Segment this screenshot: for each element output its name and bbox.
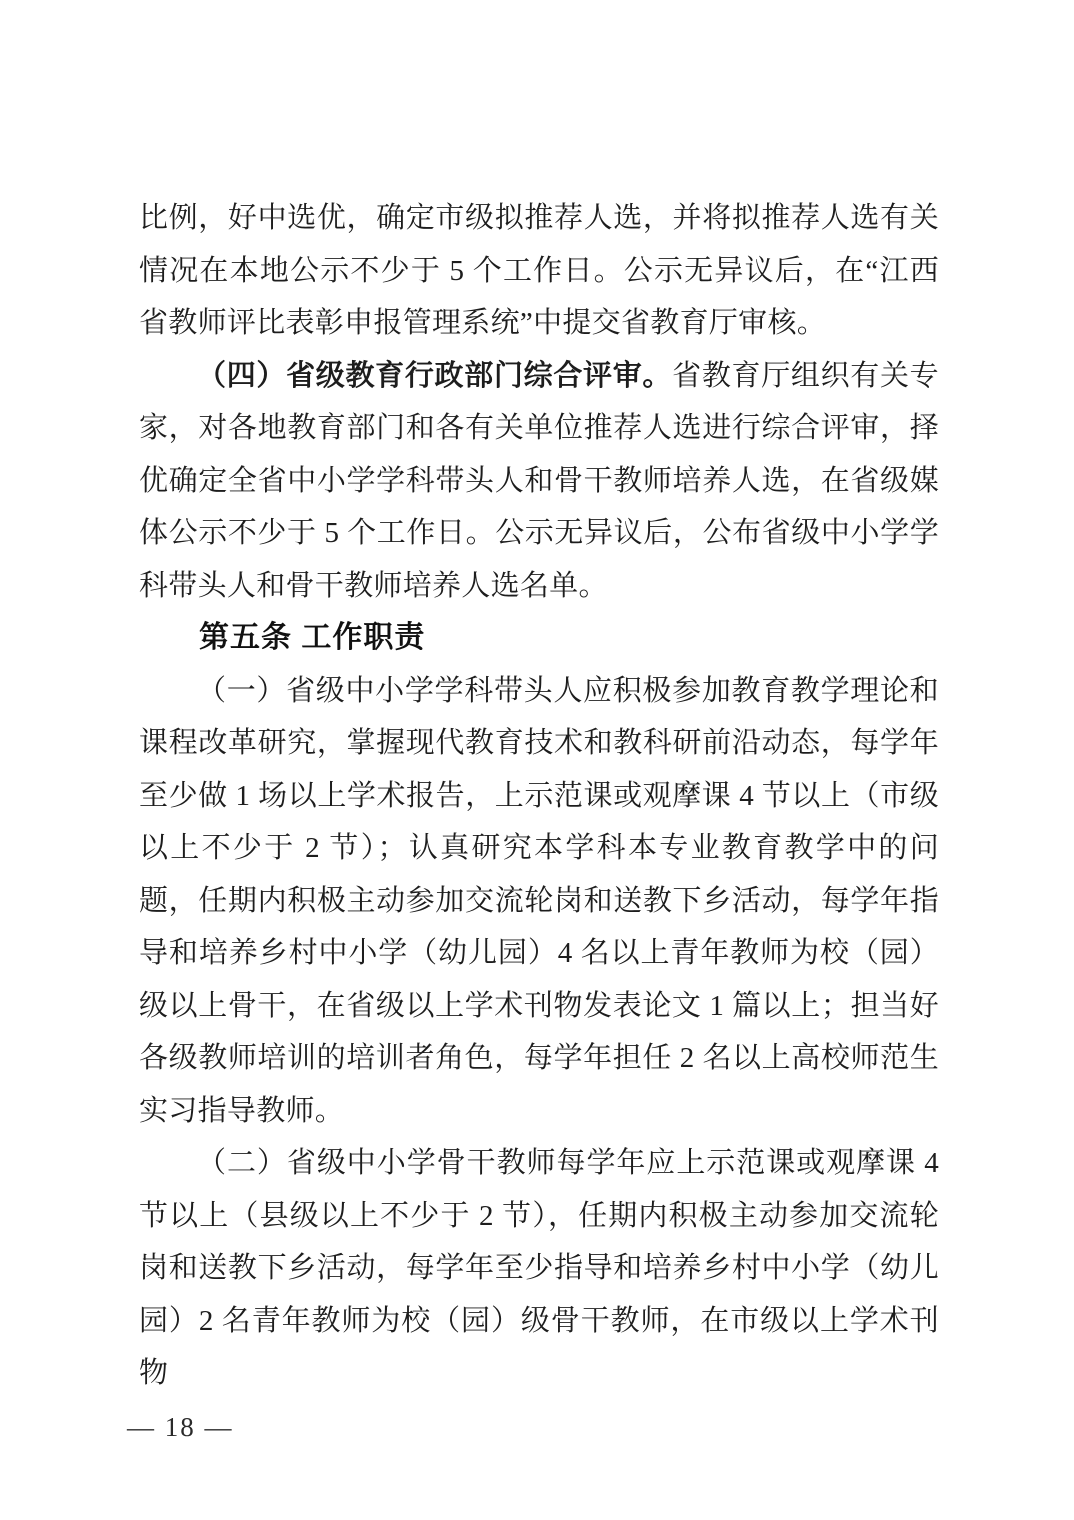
section-heading-article-5: 第五条 工作职责 — [139, 612, 939, 665]
page-number-text: — 18 — — [127, 1412, 234, 1442]
paragraph-item-4: （四）省级教育行政部门综合评审。省教育厅组织有关专家，对各地教育部门和各有关单位… — [139, 350, 939, 613]
paragraph-item-2: （二）省级中小学骨干教师每学年应上示范课或观摩课 4 节以上（县级以上不少于 2… — [139, 1137, 939, 1400]
document-page: 比例，好中选优，确定市级拟推荐人选，并将拟推荐人选有关情况在本地公示不少于 5 … — [0, 0, 1074, 1520]
page-number: — 18 — — [127, 1411, 234, 1443]
paragraph-continuation: 比例，好中选优，确定市级拟推荐人选，并将拟推荐人选有关情况在本地公示不少于 5 … — [139, 192, 939, 350]
paragraph-text: 比例，好中选优，确定市级拟推荐人选，并将拟推荐人选有关情况在本地公示不少于 5 … — [139, 202, 939, 339]
paragraph-text: （一）省级中小学学科带头人应积极参加教育教学理论和课程改革研究，掌握现代教育技术… — [139, 675, 939, 1127]
paragraph-text: 省教育厅组织有关专家，对各地教育部门和各有关单位推荐人选进行综合评审，择优确定全… — [139, 360, 939, 602]
paragraph-item-1: （一）省级中小学学科带头人应积极参加教育教学理论和课程改革研究，掌握现代教育技术… — [139, 665, 939, 1138]
document-body: 比例，好中选优，确定市级拟推荐人选，并将拟推荐人选有关情况在本地公示不少于 5 … — [139, 192, 939, 1400]
paragraph-text: （二）省级中小学骨干教师每学年应上示范课或观摩课 4 节以上（县级以上不少于 2… — [139, 1147, 939, 1389]
paragraph-lead-bold: （四）省级教育行政部门综合评审。 — [197, 360, 672, 392]
